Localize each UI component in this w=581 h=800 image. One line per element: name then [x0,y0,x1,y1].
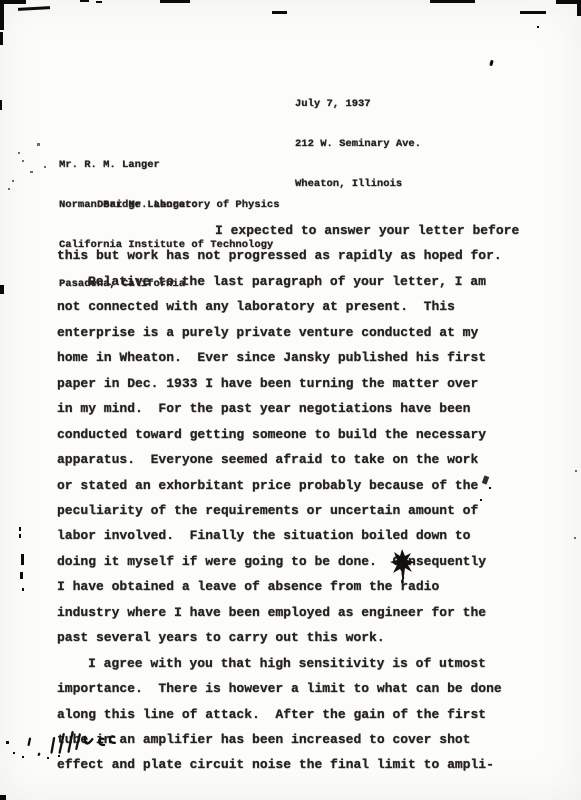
body-line: or stated an exhorbitant price probably … [57,479,478,492]
scan-mark [30,171,33,173]
scan-mark [0,100,2,110]
scan-mark [19,527,21,531]
sender-city: Wheaton, Illinois [295,178,421,191]
scan-mark [482,475,489,484]
scanned-letter-page: July 7, 1937 212 W. Seminary Ave. Wheato… [0,0,581,800]
scan-mark [0,0,4,30]
scan-mark [520,11,546,14]
sender-street: 212 W. Seminary Ave. [295,138,421,151]
scan-mark [12,180,14,182]
body-line: home in Wheaton. Ever since Jansky publi… [57,351,486,364]
scan-mark [21,554,24,565]
body-line: I have obtained a leave of absence from … [57,580,439,593]
scan-mark [160,0,190,3]
scan-mark [18,6,50,11]
body-line: I expected to answer your letter before [215,224,519,237]
body-line: in my mind. For the past year negotiatio… [57,402,470,415]
body-line: apparatus. Everyone seemed afraid to tak… [57,453,478,466]
scan-mark [537,26,539,28]
date-sender-block: July 7, 1937 212 W. Seminary Ave. Wheato… [295,72,421,217]
scan-mark [0,32,3,45]
body-line: this but work has not progressed as rapi… [57,249,502,262]
scan-mark [575,470,577,472]
recipient-name: Mr. R. M. Langer [59,159,280,172]
scan-mark [22,588,24,591]
scan-mark [430,0,475,3]
scan-mark [574,537,576,539]
scan-mark [489,60,493,67]
ink-blot [389,548,417,584]
scan-mark [96,1,102,3]
scan-mark [8,188,10,190]
scan-mark [44,166,46,168]
scan-mark [37,143,40,146]
body-line: along this line of attack. After the gai… [57,708,486,721]
body-line: not connected with any laboratory at pre… [57,300,455,313]
scan-mark [18,152,20,154]
body-line: peculiarity of the requirements or uncer… [57,504,478,517]
body-line: I agree with you that high sensitivity i… [88,657,486,670]
scan-mark [6,741,9,744]
body-line: conducted toward getting someone to buil… [57,428,486,441]
date-line: July 7, 1937 [295,98,421,111]
scan-mark [0,795,6,800]
scan-mark [577,0,581,16]
scan-mark [47,757,49,759]
body-line: doing it myself if were going to be done… [57,555,486,568]
scan-mark [80,0,89,2]
scan-mark [13,752,15,754]
body-line: importance. There is however a limit to … [57,682,502,695]
body-line: enterprise is a purely private venture c… [57,326,478,339]
body-line: labor involved. Finally the situation bo… [57,529,470,542]
scan-mark [58,755,60,757]
body-line: paper in Dec. 1933 I have been turning t… [57,377,478,390]
scan-mark [22,756,24,758]
body-line: past several years to carry out this wor… [57,631,385,644]
body-line: Relative to the last paragraph of your l… [88,275,486,288]
scan-mark [489,487,491,489]
scan-mark [20,572,23,579]
scan-mark [480,499,482,501]
body-line: effect and plate circuit noise the final… [57,758,494,771]
salutation: Dear Mr. Langer: [97,199,198,212]
scan-mark [272,11,287,14]
scan-mark [22,160,24,162]
scan-mark [19,534,21,538]
scan-mark [0,285,4,294]
body-line: industry where I have been employed as e… [57,606,486,619]
